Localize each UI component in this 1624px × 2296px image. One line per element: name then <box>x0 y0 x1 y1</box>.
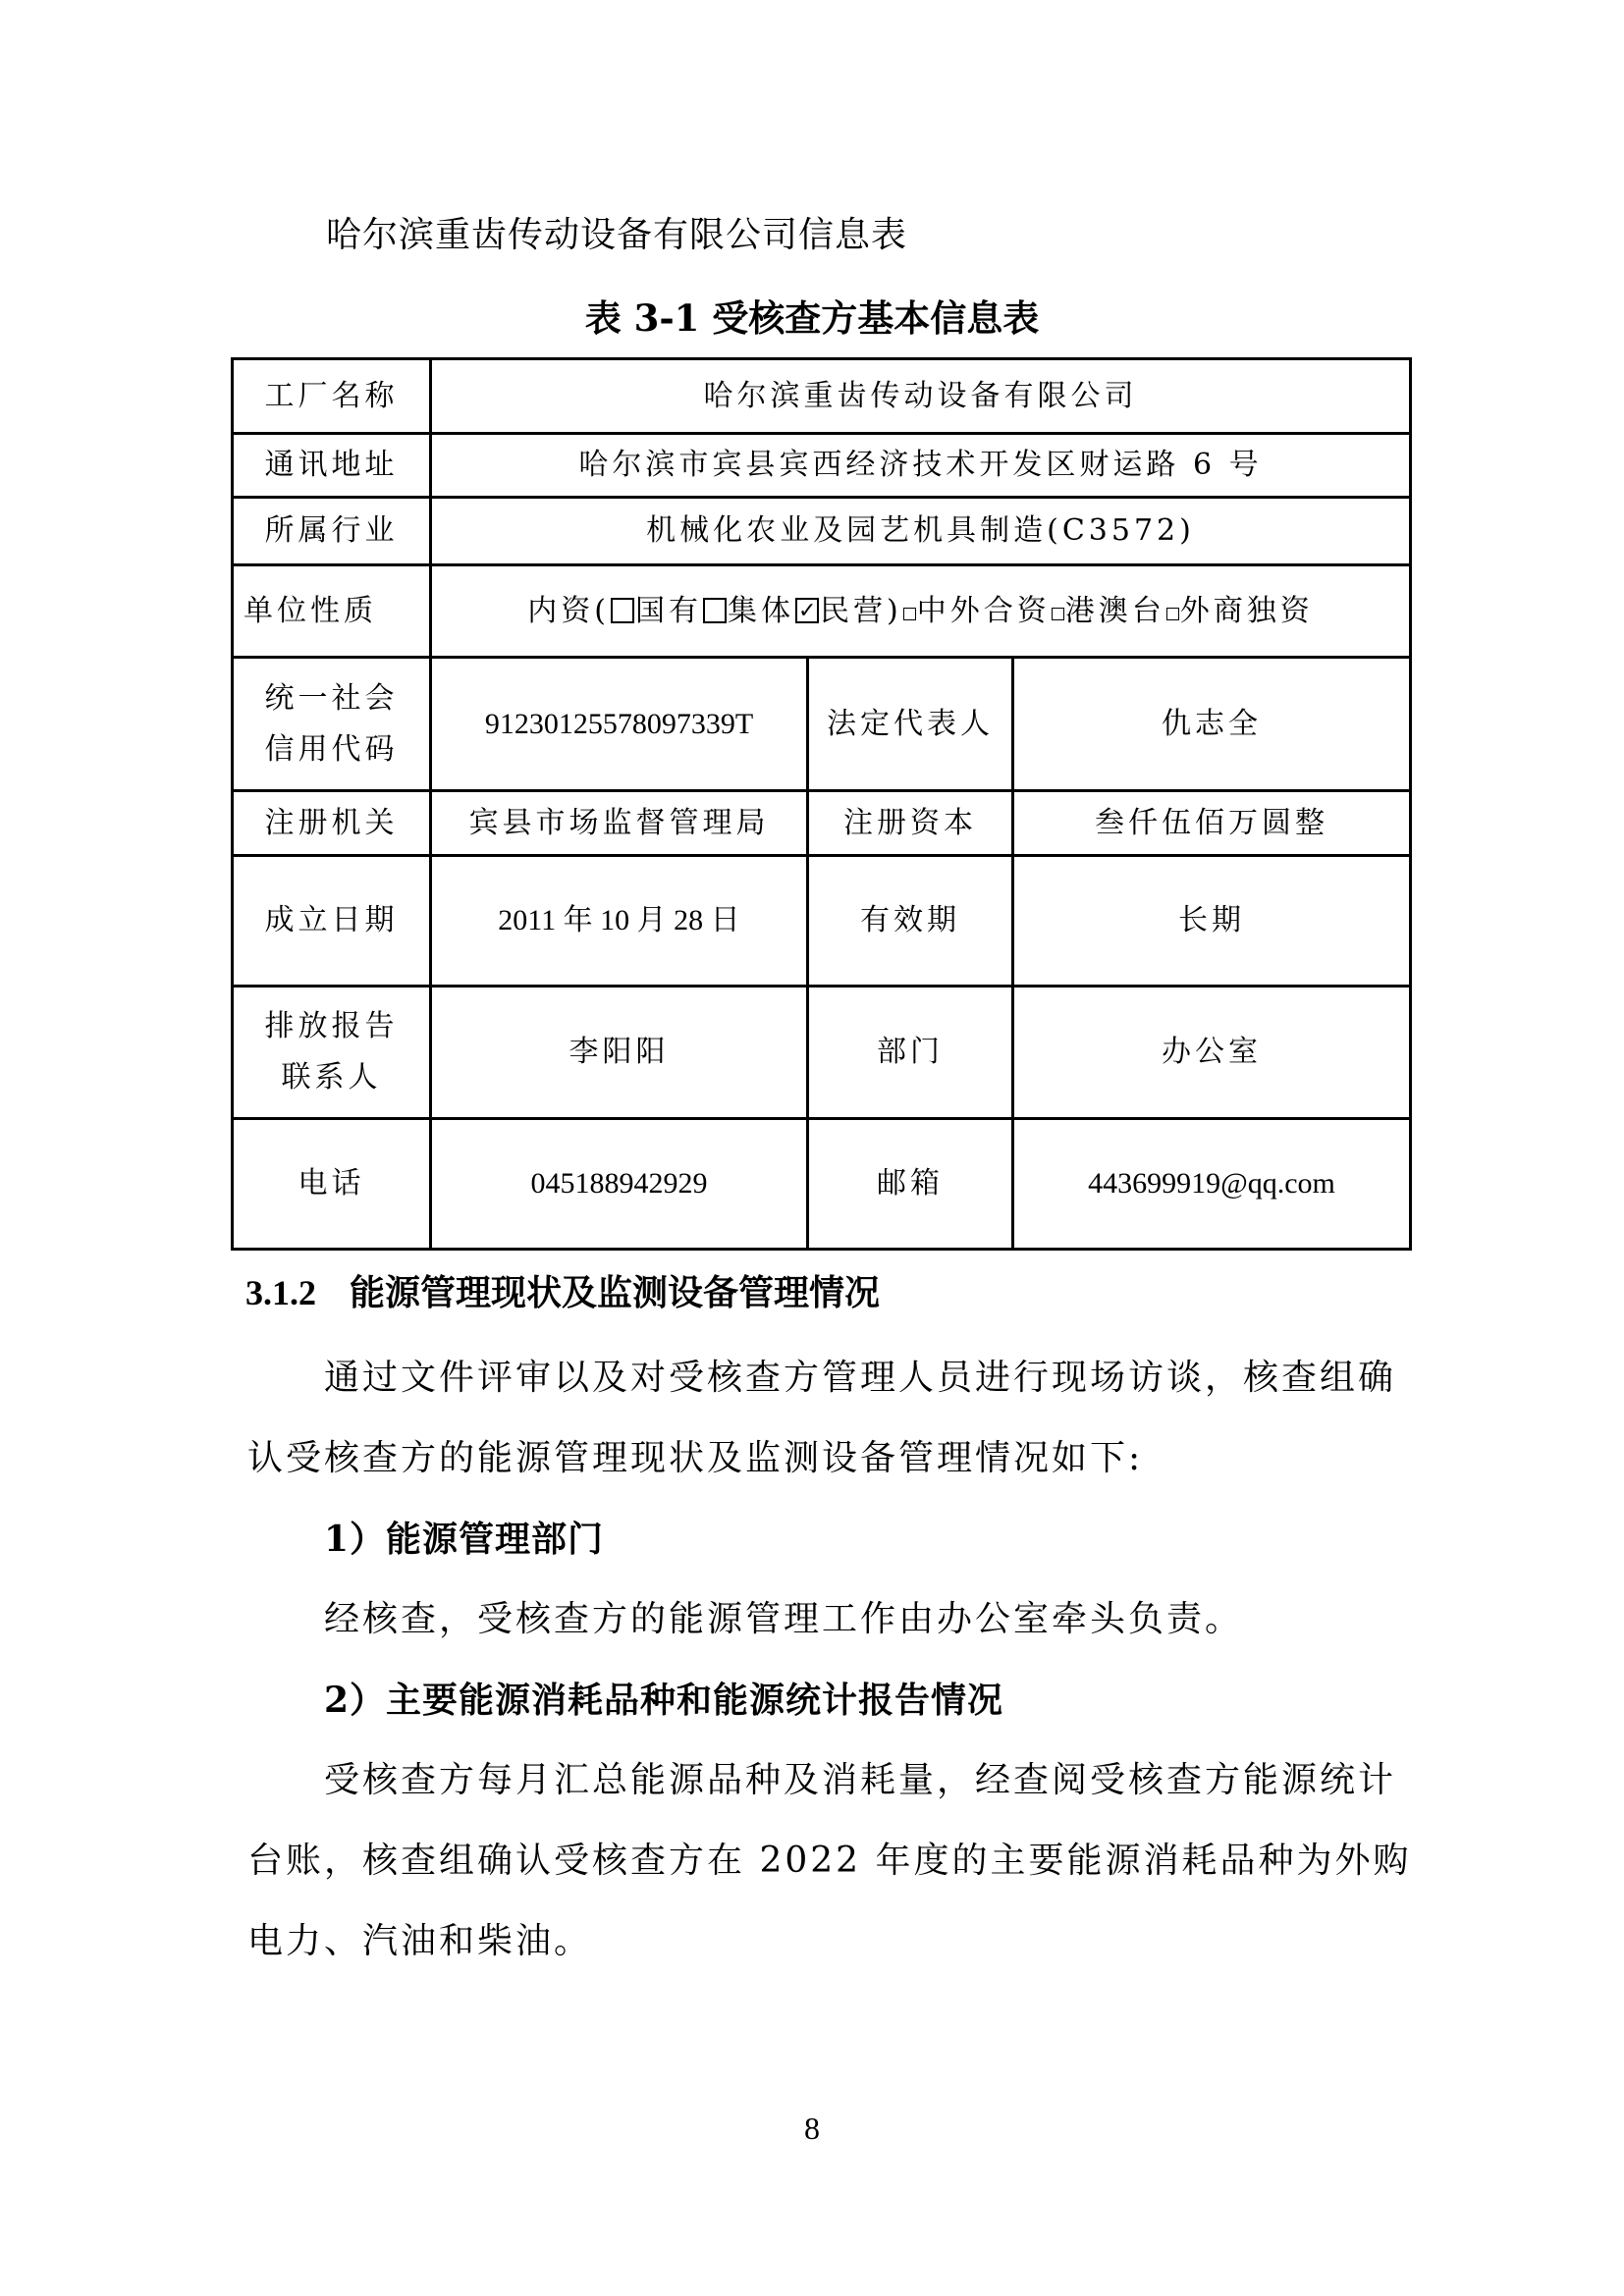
legal-rep-value: 仇志全 <box>1013 658 1411 791</box>
checkbox-foreign-owned[interactable] <box>1166 608 1179 620</box>
nature-prefix: 内资( <box>527 594 610 628</box>
registered-capital-value: 叁仟伍佰万圆整 <box>1013 791 1411 856</box>
address-value: 哈尔滨市宾县宾西经济技术开发区财运路 6 号 <box>431 434 1411 498</box>
nature-label: 单位性质 <box>233 565 431 658</box>
paragraph-line: 电力、汽油和柴油。 <box>247 1922 592 1961</box>
established-date-value: 2011 年 10 月 28 日 <box>431 856 808 987</box>
option-private: 民营) <box>820 594 902 628</box>
registration-authority-value: 宾县市场监督管理局 <box>431 791 808 856</box>
checkbox-state-owned[interactable] <box>611 598 634 623</box>
basic-info-table: 工厂名称 哈尔滨重齿传动设备有限公司 通讯地址 哈尔滨市宾县宾西经济技术开发区财… <box>231 357 1412 1251</box>
option-collective: 集体 <box>728 594 794 628</box>
established-date-label: 成立日期 <box>233 856 431 987</box>
section-heading: 3.1.2能源管理现状及监测设备管理情况 <box>245 1272 880 1313</box>
phone-value: 045188942929 <box>431 1119 808 1250</box>
contact-label-line2: 联系人 <box>282 1060 382 1095</box>
option-state-owned: 国有 <box>635 594 702 628</box>
registration-authority-label: 注册机关 <box>233 791 431 856</box>
contact-value: 李阳阳 <box>431 987 808 1119</box>
checkbox-collective[interactable] <box>703 598 727 623</box>
checkbox-hk-macao-taiwan[interactable] <box>1052 608 1064 620</box>
option-sino-foreign: 中外合资 <box>917 594 1051 628</box>
checkbox-sino-foreign[interactable] <box>903 608 916 620</box>
paragraph-line: 受核查方每月汇总能源品种及消耗量，经查阅受核查方能源统计 <box>324 1761 1396 1800</box>
registered-capital-label: 注册资本 <box>808 791 1013 856</box>
factory-name-value: 哈尔滨重齿传动设备有限公司 <box>431 359 1411 434</box>
option-hk-macao-taiwan: 港澳台 <box>1065 594 1165 628</box>
contact-label: 排放报告联系人 <box>233 987 431 1119</box>
contact-label-line1: 排放报告 <box>265 1009 399 1043</box>
table-row: 排放报告联系人 李阳阳 部门 办公室 <box>233 987 1411 1119</box>
credit-code-label: 统一社会信用代码 <box>233 658 431 791</box>
table-row: 工厂名称 哈尔滨重齿传动设备有限公司 <box>233 359 1411 434</box>
department-value: 办公室 <box>1013 987 1411 1119</box>
paragraph-line: 认受核查方的能源管理现状及监测设备管理情况如下: <box>247 1439 1143 1478</box>
paragraph-line: 台账，核查组确认受核查方在 2022 年度的主要能源消耗品种为外购 <box>247 1842 1412 1881</box>
table-row: 统一社会信用代码 91230125578097339T 法定代表人 仇志全 <box>233 658 1411 791</box>
table-row: 成立日期 2011 年 10 月 28 日 有效期 长期 <box>233 856 1411 987</box>
nature-value: 内资(国有集体民营)中外合资港澳台外商独资 <box>431 565 1411 658</box>
department-label: 部门 <box>808 987 1013 1119</box>
subsection-heading-2: 2）主要能源消耗品种和能源统计报告情况 <box>324 1681 1003 1720</box>
table-row: 所属行业 机械化农业及园艺机具制造(C3572) <box>233 498 1411 565</box>
table-row: 注册机关 宾县市场监督管理局 注册资本 叁仟伍佰万圆整 <box>233 791 1411 856</box>
section-number: 3.1.2 <box>245 1273 316 1312</box>
email-label: 邮箱 <box>808 1119 1013 1250</box>
table-row: 通讯地址 哈尔滨市宾县宾西经济技术开发区财运路 6 号 <box>233 434 1411 498</box>
legal-rep-label: 法定代表人 <box>808 658 1013 791</box>
table-row: 电话 045188942929 邮箱 443699919@qq.com <box>233 1119 1411 1250</box>
phone-label: 电话 <box>233 1119 431 1250</box>
table-title: 表 3-1 受核查方基本信息表 <box>0 296 1624 340</box>
paragraph-line: 通过文件评审以及对受核查方管理人员进行现场访谈，核查组确 <box>324 1359 1396 1398</box>
credit-code-label-line1: 统一社会 <box>265 681 399 716</box>
table-row: 单位性质 内资(国有集体民营)中外合资港澳台外商独资 <box>233 565 1411 658</box>
option-foreign-owned: 外商独资 <box>1180 594 1314 628</box>
page-number: 8 <box>0 2110 1624 2147</box>
checkbox-private-checked[interactable] <box>795 598 819 623</box>
validity-value: 长期 <box>1013 856 1411 987</box>
document-intro-line: 哈尔滨重齿传动设备有限公司信息表 <box>326 216 907 255</box>
industry-value: 机械化农业及园艺机具制造(C3572) <box>431 498 1411 565</box>
credit-code-label-line2: 信用代码 <box>265 732 399 767</box>
address-label: 通讯地址 <box>233 434 431 498</box>
factory-name-label: 工厂名称 <box>233 359 431 434</box>
paragraph-line: 经核查，受核查方的能源管理工作由办公室牵头负责。 <box>324 1600 1243 1639</box>
validity-label: 有效期 <box>808 856 1013 987</box>
industry-label: 所属行业 <box>233 498 431 565</box>
credit-code-value: 91230125578097339T <box>431 658 808 791</box>
section-title: 能源管理现状及监测设备管理情况 <box>350 1272 880 1313</box>
email-value: 443699919@qq.com <box>1013 1119 1411 1250</box>
subsection-heading-1: 1）能源管理部门 <box>324 1520 604 1559</box>
